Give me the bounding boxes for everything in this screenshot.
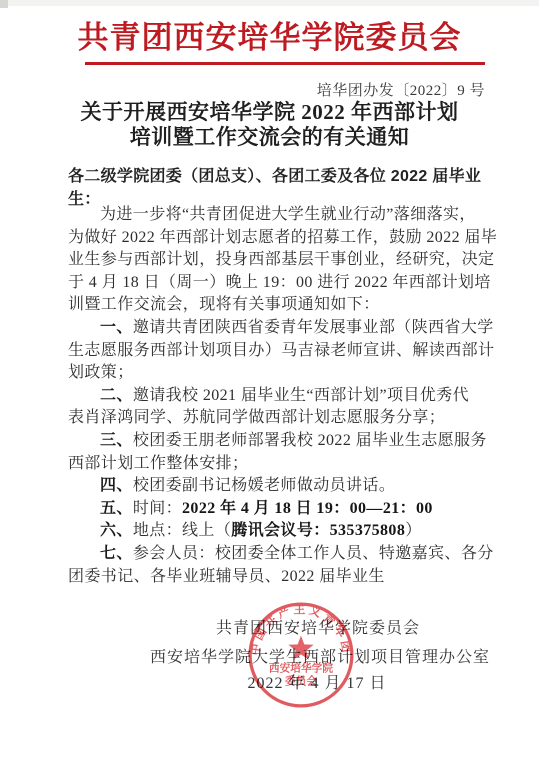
body-line: 为进一步将“共青团促进大学生就业行动”落细落实， <box>68 204 476 227</box>
text-run: 参会人员：校团委全体工作人员、特邀嘉宾、各分 <box>133 545 494 562</box>
text-run: 团委书记、各毕业班辅导员、2022 届毕业生 <box>68 568 385 585</box>
text-run: 地点：线上（ <box>133 522 231 539</box>
body-line: 为做好 2022 年西部计划志愿者的招募工作，鼓励 2022 届毕 <box>68 227 476 250</box>
document-number: 培华团办发〔2022〕9 号 <box>0 79 485 100</box>
body-line: 训暨工作交流会，现将有关事项通知如下： <box>68 294 476 317</box>
text-run: 时间： <box>133 500 182 517</box>
notice-title: 关于开展西安培华学院 2022 年西部计划 培训暨工作交流会的有关通知 <box>0 100 539 150</box>
body-line: 于 4 月 18 日（周一）晚上 19：00 进行 2022 年西部计划培 <box>68 272 476 295</box>
body-line-item-2: 二、邀请我校 2021 届毕业生“西部计划”项目优秀代 <box>68 385 476 408</box>
text-run: 生志愿服务西部计划项目办）马吉禄老师宣讲、解读西部计 <box>68 342 494 359</box>
body-line: 西部计划工作整体安排； <box>68 453 476 476</box>
scan-corner-artifact <box>0 0 8 8</box>
body-line: 生志愿服务西部计划项目办）马吉禄老师宣讲、解读西部计 <box>68 340 476 363</box>
item-number: 三、 <box>100 432 133 449</box>
text-run: 业生参与西部计划，投身西部基层干事创业，经研究，决定 <box>68 251 494 268</box>
text-run: 表肖泽鸿同学、苏航同学做西部计划志愿服务分享； <box>68 409 445 426</box>
text-run: 校团委王朋老师部署我校 2022 届毕业生志愿服务 <box>133 432 487 449</box>
text-run: 邀请共青团陕西省委青年发展事业部（陕西省大学 <box>133 319 494 336</box>
document-page: 共青团西安培华学院委员会 培华团办发〔2022〕9 号 关于开展西安培华学院 2… <box>0 0 539 759</box>
body-line-item-6: 六、地点：线上（腾讯会议号：535375808） <box>68 520 476 543</box>
text-run: 为进一步将“共青团促进大学生就业行动”落细落实， <box>100 206 476 223</box>
item-number: 六、 <box>100 522 133 539</box>
issuing-org-header: 共青团西安培华学院委员会 <box>0 19 539 57</box>
body-line-item-1: 一、邀请共青团陕西省委青年发展事业部（陕西省大学 <box>68 317 476 340</box>
item-number: 四、 <box>100 477 133 494</box>
body-line: 表肖泽鸿同学、苏航同学做西部计划志愿服务分享； <box>68 407 476 430</box>
item-number: 五、 <box>100 500 133 517</box>
body-line-item-7: 七、参会人员：校团委全体工作人员、特邀嘉宾、各分 <box>68 543 476 566</box>
notice-title-line2: 培训暨工作交流会的有关通知 <box>0 125 539 150</box>
body-line-item-5: 五、时间：2022 年 4 月 18 日 19：00—21：00 <box>68 498 476 521</box>
text-run: 邀请我校 2021 届毕业生“西部计划”项目优秀代 <box>133 387 469 404</box>
seal-center-line1: 西安培华学院 <box>269 661 333 674</box>
body-line-item-4: 四、校团委副书记杨媛老师做动员讲话。 <box>68 475 476 498</box>
meeting-id: 腾讯会议号：535375808 <box>231 522 405 539</box>
star-icon <box>288 636 313 660</box>
text-run: 训暨工作交流会，现将有关事项通知如下： <box>68 296 380 313</box>
body-line: 业生参与西部计划，投身西部基层干事创业，经研究，决定 <box>68 249 476 272</box>
text-run: 于 4 月 18 日（周一）晚上 19：00 进行 2022 年西部计划培 <box>68 274 491 291</box>
official-seal: 中国共产主义青年团 西安培华学院 委员会 <box>246 600 358 712</box>
text-run: ） <box>405 522 421 539</box>
item-number: 一、 <box>100 319 133 336</box>
seal-center-line2: 委员会 <box>285 675 317 688</box>
text-run: 为做好 2022 年西部计划志愿者的招募工作，鼓励 2022 届毕 <box>68 229 497 246</box>
notice-title-line1: 关于开展西安培华学院 2022 年西部计划 <box>0 100 539 125</box>
item-number: 七、 <box>100 545 133 562</box>
body-line: 团委书记、各毕业班辅导员、2022 届毕业生 <box>68 566 476 589</box>
body-line-item-3: 三、校团委王朋老师部署我校 2022 届毕业生志愿服务 <box>68 430 476 453</box>
text-run: 西部计划工作整体安排； <box>68 455 248 472</box>
notice-body: 为进一步将“共青团促进大学生就业行动”落细落实， 为做好 2022 年西部计划志… <box>68 204 476 588</box>
meeting-datetime: 2022 年 4 月 18 日 19：00—21：00 <box>182 500 433 517</box>
salutation: 各二级学院团委（团总支）、各团工委及各位 2022 届毕业生： <box>68 163 488 209</box>
text-run: 校团委副书记杨媛老师做动员讲话。 <box>133 477 395 494</box>
scan-edge-artifact <box>0 0 539 6</box>
body-line: 划政策； <box>68 362 476 385</box>
red-header-divider <box>85 62 485 65</box>
text-run: 划政策； <box>68 364 134 381</box>
item-number: 二、 <box>100 387 133 404</box>
